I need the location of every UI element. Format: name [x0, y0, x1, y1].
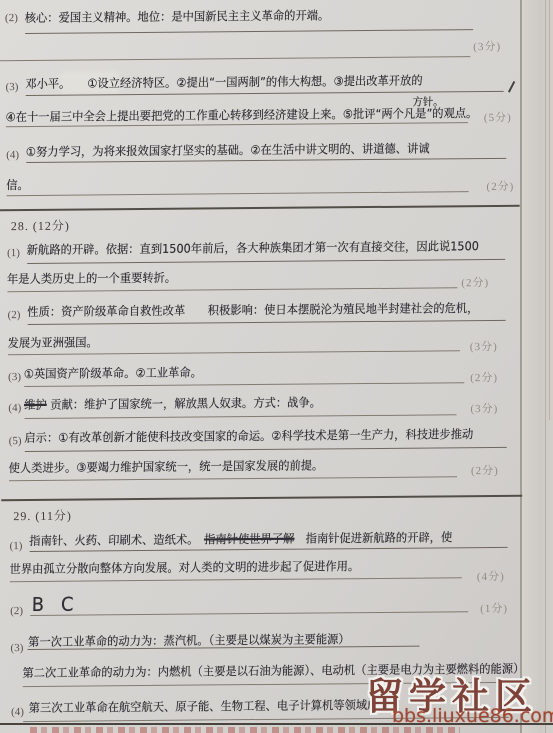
question-number: (4) — [8, 402, 21, 414]
question-number: (5) — [9, 435, 22, 447]
answer-line: 年是人类历史上的一个重要转折。 — [7, 269, 177, 287]
answer-line: ①英国资产阶级革命。②工业革命。 — [24, 364, 203, 383]
answer-sheet: (2) 核心：爱国主义精神。地位：是中国新民主主义革命的开端。 (3分) (3)… — [0, 0, 553, 733]
answer-text: 指南针促进新航路的开辟，使 — [294, 530, 452, 545]
question-number: (2) — [8, 309, 21, 321]
section-divider — [1, 495, 522, 502]
answer-line: ①努力学习，为将来报效国家打坚实的基础。②在生活中讲文明的、讲道德、讲诚 — [26, 140, 430, 161]
question-number: (2) — [10, 605, 23, 617]
score-badge: (5分) — [484, 109, 512, 125]
faint-red-print-text — [30, 727, 460, 733]
answer-line: 信。 — [6, 176, 29, 193]
answer-line: 使人类进步。③要竭力维护国家统一，统一是国家发展的前提。 — [8, 456, 323, 476]
answer-line: 维护 贡献：维护了国家统一，解放黑人奴隶。方式：战争。 — [24, 393, 321, 413]
score-badge: (2分) — [486, 178, 514, 194]
question-number: (4) — [11, 706, 24, 718]
watermark-site-url: bbs.liuxue86.com — [392, 705, 553, 727]
question-number: (3) — [8, 371, 21, 383]
answer-line: 启示：①有改革创新才能使科技改变国家的命运。②科学技术是第一生产力，科技进步推动 — [24, 425, 473, 446]
answer-line: 邓小平。 ①设立经济特区。②提出“一国两制”的伟大构想。③提出改革开放的 — [25, 72, 423, 92]
answer-line: 指南针、火药、印刷术、造纸术。 指南针使世界了解 指南针促进新航路的开辟，使 — [29, 528, 452, 549]
score-badge: (4分) — [477, 568, 505, 584]
section-divider — [0, 205, 520, 212]
stray-pen-mark — [508, 81, 515, 93]
score-badge: (1分) — [480, 600, 508, 616]
score-badge: (2分) — [461, 274, 489, 290]
score-badge: (2分) — [470, 369, 498, 385]
question-number: (1) — [7, 247, 20, 259]
answer-line: 世界由孤立分散向整体方向发展。对人类的文明的进步起了促进作用。 — [9, 557, 359, 577]
answer-line: 核心：爱国主义精神。地位：是中国新民主主义革命的开端。 — [25, 6, 330, 26]
question-number: (4) — [6, 149, 19, 161]
answer-line: 新航路的开辟。依据：直到1500年前后，各大种族集团才第一次有直接交往，因此说1… — [27, 237, 480, 258]
question-number: (1) — [10, 540, 23, 552]
score-badge: (2分) — [471, 462, 499, 478]
score-badge: (3分) — [473, 38, 501, 54]
question-number: (2) — [5, 12, 18, 24]
answer-choice: B C — [32, 594, 80, 616]
question-number: (3) — [10, 642, 23, 654]
answer-line: 发展为亚洲强国。 — [7, 333, 98, 351]
answer-line: 性质：资产阶级革命自救性改革 积极影响：使日本摆脱沦为殖民地半封建社会的危机， — [27, 299, 479, 320]
section-28-header: 28. (12分) — [11, 217, 70, 235]
answer-sheet-photo: (2) 核心：爱国主义精神。地位：是中国新民主主义革命的开端。 (3分) (3)… — [0, 0, 553, 733]
answer-text: 指南针、火药、印刷术、造纸术。 — [29, 532, 204, 548]
section-29-header: 29. (11分) — [13, 507, 72, 525]
crossed-out-phrase: 指南针使世界了解 — [204, 532, 295, 547]
score-badge: (3分) — [470, 338, 498, 354]
question-number: (3) — [6, 81, 19, 93]
answer-text: 贡献：维护了国家统一，解放黑人奴隶。方式：战争。 — [50, 395, 321, 411]
crossed-out-word: 维护 — [24, 398, 47, 412]
score-badge: (3分) — [470, 400, 498, 416]
answer-line: 第三次工业革命在航空航天、原子能、生物工程、电子计算机等领域成果 — [29, 696, 390, 716]
